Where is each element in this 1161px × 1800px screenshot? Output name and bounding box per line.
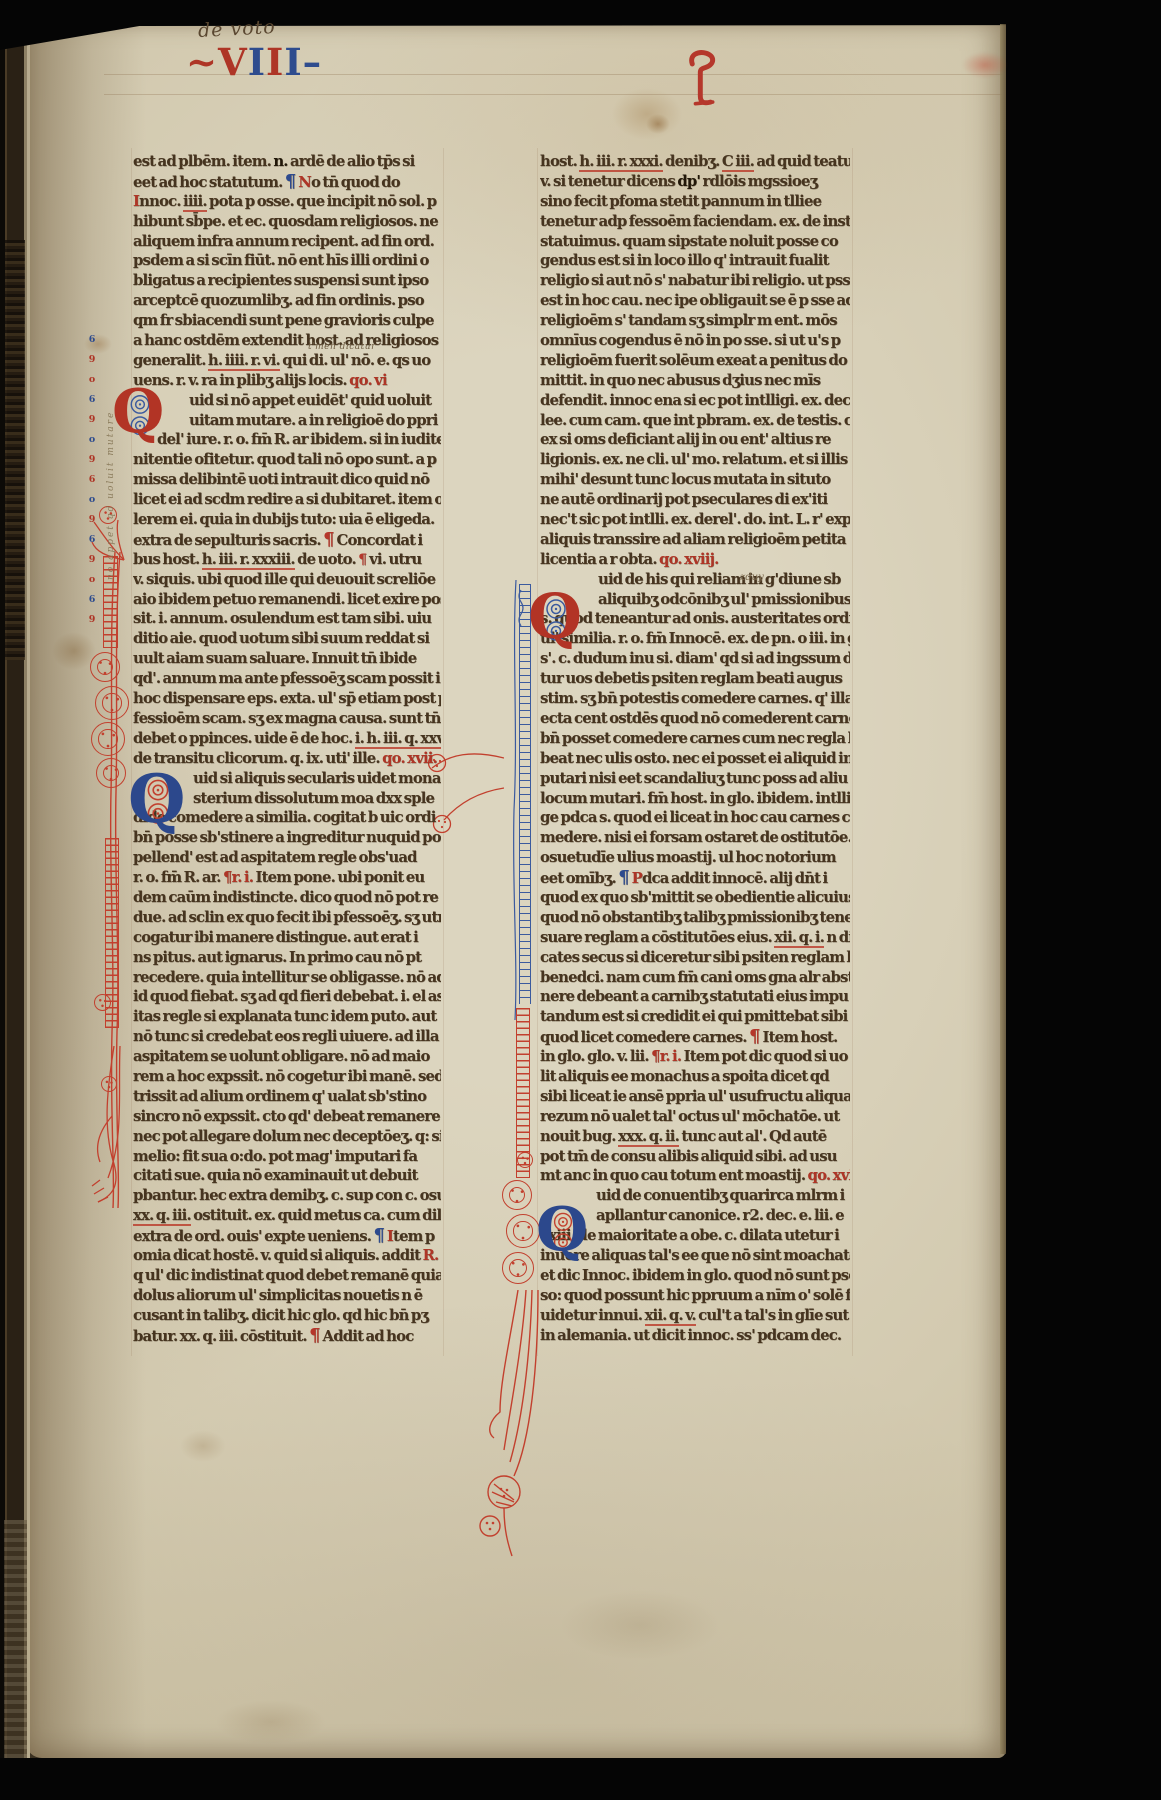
text-line: dolus aliorum ul' simplicitas nouetis n … [133, 1286, 441, 1306]
text-line: pot tm̄ de consu alibis aliquid sibi. ad… [540, 1147, 850, 1167]
text-line: batur. xx. q. iii. cōstituit. ¶Addit ad … [133, 1326, 441, 1346]
text-line: nitentie ofitetur. quod tali nō opo sunt… [133, 450, 441, 470]
text-line: fessioēm scam. sʒ ex magna causa. sunt t… [133, 709, 441, 729]
paraph-mark: o [85, 494, 99, 514]
marginal-side-note: zduy [740, 572, 764, 583]
text-line: extra de sepulturis sacris. ¶Concordat i [133, 530, 441, 550]
text-line: religio si aut nō s' nabatur ibi religio… [540, 271, 850, 291]
text-line: aliquis transsire ad aliam religioēm pet… [540, 530, 850, 550]
text-line: sibi liceat ie ansē ppria ul' usufructu … [540, 1087, 850, 1107]
text-line: trissit ad alium ordinem q' ualat sb'sti… [133, 1087, 441, 1107]
text-line: citati sue. quia nō examinauit ut debuit [133, 1166, 441, 1186]
text-line: ex si oms deficiant alij in ou ent' alti… [540, 430, 850, 450]
penwork-knot-icon [90, 652, 120, 682]
text-line: bn̄ posset comedere carnes cum nec regla… [540, 729, 850, 749]
text-line: ditio aie. quod uotum sibi suum reddat s… [133, 629, 441, 649]
text-line: debet o ppinces. uide ē de hoc. i. h. ii… [133, 729, 441, 749]
text-line: psdem a si scīn fiūt. nō ent hīs illi or… [133, 251, 441, 271]
text-line: statuimus. quam sipstate noluit posse co [540, 232, 850, 252]
text-line: rezum nō ualet tal' octus ul' mōchatōe. … [540, 1107, 850, 1127]
text-line: arceptcē quozumlibʒ. ad fin ordinis. pso [133, 291, 441, 311]
red-ink-smudge [962, 52, 1008, 78]
text-line: stim. sʒ bn̄ potestis comedere carnes. q… [540, 689, 850, 709]
penwork-knot-icon [91, 722, 125, 756]
folio-numeral-letter: V [218, 40, 248, 84]
text-line: nouit bug. xxx. q. ii. tunc aut al'. Qd … [540, 1127, 850, 1147]
text-line: q ul' dic indistinat quod debet remanē q… [133, 1266, 441, 1286]
text-line: est ad plbēm. item. n. ardē de alio tp̄s… [133, 152, 441, 172]
text-line: extra de ord. ouis' expte ueniens. ¶Item… [133, 1226, 441, 1246]
paraph-mark: 9 [85, 454, 99, 474]
text-line: tenetur adp fessoēm faciendam. ex. de in… [540, 212, 850, 232]
paraph-mark: 9 [85, 554, 99, 574]
text-line: suare reglam a cōstitutōes eius. xii. q.… [540, 928, 850, 948]
interlinear-gloss: t'men dicatur [308, 342, 376, 352]
text-line: generalit. h. iiii. r. vi. qui di. ul' n… [133, 351, 441, 371]
paraph-mark: 6 [85, 534, 99, 554]
text-line: quod nō obstantibʒ talibʒ pmissionibʒ te… [540, 908, 850, 928]
text-line: rem a hoc expssit. nō cogetur ibi manē. … [133, 1067, 441, 1087]
text-column-left: est ad plbēm. item. n. ardē de alio tp̄s… [133, 152, 441, 1345]
initial-Q-col2-qo18: Q [528, 586, 582, 648]
text-line: medere. nisi ei forsam ostaret de ostitu… [540, 828, 850, 848]
text-line: nere debeant a carnibʒ statutati eius im… [540, 987, 850, 1007]
ruling-line [852, 148, 853, 1356]
text-line: aio ibidem petuo remanendi. licet exire … [133, 590, 441, 610]
text-line: r. o. fm̄ R. ar. ¶r. i. Item pone. ubi p… [133, 868, 441, 888]
text-line: qd'. annum ma ante pfessoēʒ scam possit … [133, 669, 441, 689]
text-line: in glo. glo. v. lii. ¶r. i. Item pot dic… [540, 1047, 850, 1067]
paraph-mark: 9 [85, 414, 99, 434]
text-line: aliquibʒ odcōnibʒ ul' pmissionibus [540, 590, 850, 610]
initial-Q-col1-qo17: Q [128, 766, 186, 832]
text-line: nō tunc si credebat eos regli uiuere. ad… [133, 1027, 441, 1047]
paraph-mark: 6 [85, 474, 99, 494]
penwork-trefoil-icon [517, 1152, 533, 1168]
text-line: quod licet comedere carnes. ¶Item host. [540, 1027, 850, 1047]
marginal-cursive-note: no appet qd uoluit mutare [106, 330, 116, 580]
quire-mark-icon [686, 50, 720, 108]
text-line: benedci. nam cum fm̄ cani oms gna alr ab… [540, 968, 850, 988]
paraph-mark: o [85, 434, 99, 454]
text-line: religioēm fuerit solēum exeat a penitus … [540, 351, 850, 371]
text-line: lee. cum cam. que int pbram. ex. de test… [540, 411, 850, 431]
folio-numeral-letter: ~ [186, 40, 218, 84]
text-line: in alemania. ut dicit innoc. ss' pdcam d… [540, 1326, 850, 1346]
text-line: eet omībʒ. ¶Pdca addit innocē. alij dn̄t… [540, 868, 850, 888]
initial-Q-col1-qo6: Q [112, 382, 164, 442]
text-line: et dic Innoc. ibidem in glo. quod nō sun… [540, 1266, 850, 1286]
penwork-knot-icon [95, 686, 129, 720]
text-line: pbantur. hec extra demibʒ. c. sup con c.… [133, 1186, 441, 1206]
text-line: sit. i. annum. osulendum est tam sibi. u… [133, 609, 441, 629]
text-line: tur uos debetis psiten reglam beati augu… [540, 669, 850, 689]
text-line: omnīus cogendus ē nō in po sse. si ut u'… [540, 331, 850, 351]
scan-background [0, 1758, 1161, 1800]
text-line: mittit. in quo nec abusus dʒius nec mīs [540, 371, 850, 391]
ruling-line [104, 94, 1002, 95]
text-line: qm fr sbiacendi sunt pene gravioris culp… [133, 311, 441, 331]
ruling-line [537, 148, 538, 1356]
penwork-knot-icon [506, 1214, 540, 1248]
penwork-trefoil-icon [94, 994, 111, 1011]
text-line: bus host. h. iii. r. xxxiii. de uoto. ¶v… [133, 550, 441, 570]
text-line: tandum est si credidit ei qui pmittebat … [540, 1007, 850, 1027]
penwork-knot-icon [502, 1180, 532, 1210]
text-line: hibunt sb̄pe. et ec. quosdam religiosos.… [133, 212, 441, 232]
text-line: del' iure. r. o. fm̄ R. ar ibidem. si in… [133, 430, 441, 450]
text-line: ne autē ordinarij pot pseculares di ex'i… [540, 490, 850, 510]
text-line: s'. c. dudum inu si. diam' qd si ad ings… [540, 649, 850, 669]
text-line: uult aiam suam saluare. Innuit tn̄ ibide [133, 649, 441, 669]
text-line: uid si nō appet euidēt' quid uoluit [133, 391, 441, 411]
text-line: missa delibintē uoti intrauit dico quid … [133, 470, 441, 490]
text-line: aspitatem se uolunt obligare. nō ad maio [133, 1047, 441, 1067]
text-line: bligatus a recipientes suspensi sunt ips… [133, 271, 441, 291]
text-line: eet ad hoc statutum. ¶No tn̄ quod do [133, 172, 441, 192]
text-line: ecta cent ostdēs quod nō comederent carn… [540, 709, 850, 729]
text-line: religioēm s' tandam sʒ simplr m ent. mōs [540, 311, 850, 331]
text-line: defendit. innoc ena si ec pot intlligi. … [540, 391, 850, 411]
folio-numeral-letter: I [284, 40, 302, 84]
text-line: s. quod teneantur ad onis. austeritates … [540, 609, 850, 629]
text-line: licentia a r obta. qo. xviij. [540, 550, 850, 570]
text-line: lerem ei. quia in dubijs tuto: uia ē eli… [133, 510, 441, 530]
manuscript-photo: de voto ~VIII– est ad plbēm. item. n. ar… [0, 0, 1161, 1800]
text-line: melio: fit sua o:do. pot mag' imputari f… [133, 1147, 441, 1167]
text-line: ligionis. ex. ne cli. ul' mo. relatum. e… [540, 450, 850, 470]
text-line: v. si tenetur dicens dp' rdlōis mgssioeʒ [540, 172, 850, 192]
text-line: uidetur innui. xii. q. v. cul't a tal's … [540, 1306, 850, 1326]
text-line: putari nisi eet scandaliuʒ tunc poss ad … [540, 769, 850, 789]
text-line: ge pdca s. quod ei liceat in hoc cau car… [540, 808, 850, 828]
penwork-tail [82, 1046, 136, 1210]
text-line: sino fecit pfoma stetit pannum in tlliee [540, 192, 850, 212]
folio-numeral-letter: I [266, 40, 284, 84]
text-line: uitam mutare. a in religioē do ppri [133, 411, 441, 431]
text-line: hoc dispensare eps. exta. ul' sp̄ etiam … [133, 689, 441, 709]
text-line: id quod fiebat. sʒ ad qd fieri debebat. … [133, 987, 441, 1007]
text-line: cates secus si diceretur sibi psiten reg… [540, 948, 850, 968]
text-line: so: quod possunt hic ppruum a nīm o' sol… [540, 1286, 850, 1306]
paraph-mark: 6 [85, 334, 99, 354]
scan-background [1006, 0, 1161, 1800]
text-line: lit aliquis ee monachus a spoita dicet q… [540, 1067, 850, 1087]
penwork-knot-icon [96, 758, 126, 788]
text-line: ns pitus. aut ignarus. In primo cau nō p… [133, 948, 441, 968]
text-line: uens. r. v. ra in plibʒ alijs locis. qo.… [133, 371, 441, 391]
paraph-mark: 9 [85, 354, 99, 374]
text-line: v. siquis. ubi quod ille qui deuouit scr… [133, 570, 441, 590]
paraph-mark: o [85, 574, 99, 594]
text-line: xx. q. iii. ostituit. ex. quid metus ca.… [133, 1206, 441, 1226]
marginal-paraph-column: 69o69o96o969o69 [85, 334, 99, 634]
text-line: dem caūm indistincte. dico quod nō pot r… [133, 888, 441, 908]
text-line: est in hoc cau. nec ipe obligauit se ē p… [540, 291, 850, 311]
text-line: a hanc ostdēm extendit host. ad religios… [133, 331, 441, 351]
text-line: uid de his qui reliam in g'diune sb [540, 570, 850, 590]
text-line: nec pot allegare dolum nec deceptōeʒ. q:… [133, 1127, 441, 1147]
text-line: locum mutari. fm̄ host. in glo. ibidem. … [540, 789, 850, 809]
initial-Q-col2-qo19: Q [536, 1200, 588, 1260]
folio-numeral: ~VIII– [186, 40, 322, 84]
text-line: osuetudīe ulius moastij. ul hoc notorium [540, 848, 850, 868]
text-line: nec't sic pot intlli. ex. derel'. do. in… [540, 510, 850, 530]
paraph-mark: 9 [85, 514, 99, 534]
text-line: host. h. iii. r. xxxi. denibʒ. C iii. ad… [540, 152, 850, 172]
text-line: omia dicat hostē. v. quid si aliquis. ad… [133, 1246, 441, 1266]
text-line: cogatur ibi manere distingue. aut erat i [133, 928, 441, 948]
text-line: Innoc. iiii. pota p osse. que incipit nō… [133, 192, 441, 212]
penwork-knot-icon [502, 1252, 534, 1284]
text-line: itas regle si explanata tunc idem puto. … [133, 1007, 441, 1027]
text-line: licet ei ad scdm redire a si dubitaret. … [133, 490, 441, 510]
facing-leaves-text-blur [5, 240, 25, 660]
text-line: recedere. quia intellitur se obligasse. … [133, 968, 441, 988]
text-line: mihi' desunt tunc locus mutata in situto [540, 470, 850, 490]
folio-numeral-letter: I [248, 40, 266, 84]
folio-numeral-letter: – [303, 40, 323, 84]
paraph-mark: 6 [85, 394, 99, 414]
running-title-note: de voto [197, 16, 276, 42]
text-column-right: host. h. iii. r. xxxi. denibʒ. C iii. ad… [540, 152, 850, 1345]
facing-leaves-lower [4, 1520, 27, 1770]
paraph-mark: o [85, 374, 99, 394]
text-line: ul' similia. r. o. fm̄ Innocē. ex. de pn… [540, 629, 850, 649]
paraph-mark: 6 [85, 594, 99, 614]
text-line: quod ex quo sb'mittit se obedientie alic… [540, 888, 850, 908]
text-line: cusant in talibʒ. dicit hic glo. qd hic … [133, 1306, 441, 1326]
text-line: pellend' est ad aspitatem regle obs'uad [133, 848, 441, 868]
text-line: aliquem infra annum recipent. ad fin ord… [133, 232, 441, 252]
text-line: sincro nō expssit. cto qd' debeat remane… [133, 1107, 441, 1127]
text-line: mt anc in quo cau totum ent moastij. qo.… [540, 1166, 850, 1186]
text-line: due. ad sclin ex quo fecit ibi pfessoēʒ.… [133, 908, 441, 928]
paraph-mark: 9 [85, 614, 99, 634]
text-line: gendus est si in loco illo q' intrauit f… [540, 251, 850, 271]
text-line: beat nec ulis osto. nec ei posset ei ali… [540, 749, 850, 769]
